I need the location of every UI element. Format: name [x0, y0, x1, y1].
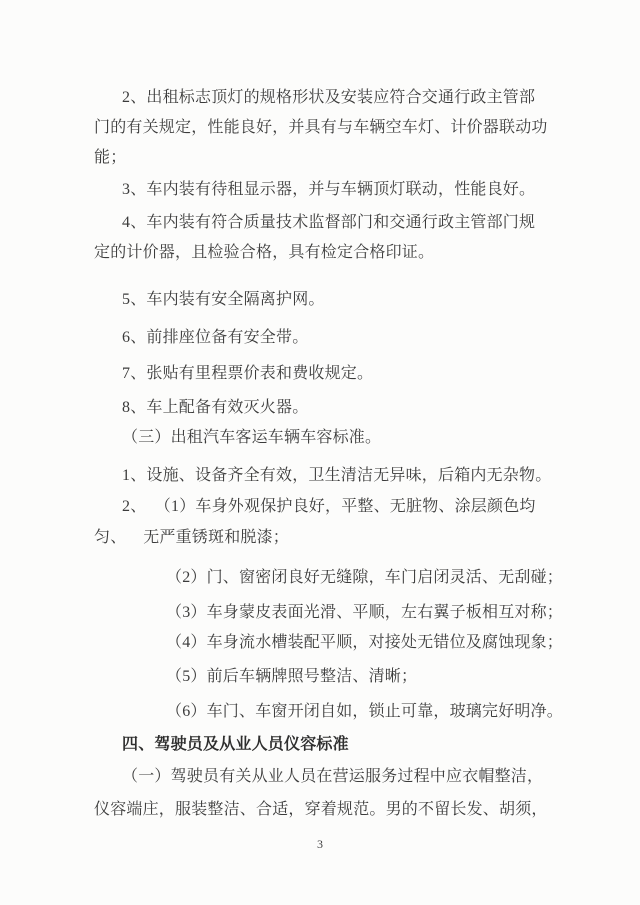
section-heading: 四、驾驶员及从业人员仪容标准 [94, 730, 564, 760]
document-line: （5）前后车辆牌照号整洁、清晰； [94, 662, 564, 692]
document-line: 2、 （1）车身外观保护良好，平整、无脏物、涂层颜色均 [94, 492, 564, 522]
document-page: 2、出租标志顶灯的规格形状及安装应符合交通行政主管部门的有关规定，性能良好，并具… [0, 0, 640, 905]
document-line: 5、车内装有安全隔离护网。 [94, 285, 564, 315]
document-line: （2）门、窗密闭良好无缝隙，车门启闭灵活、无刮碰； [94, 563, 564, 593]
document-line: 2、出租标志顶灯的规格形状及安装应符合交通行政主管部 [94, 83, 564, 113]
document-line: 定的计价器，且检验合格，具有检定合格印证。 [94, 238, 564, 268]
page-number: 3 [0, 836, 640, 852]
document-line: 门的有关规定，性能良好，并具有与车辆空车灯、计价器联动功 [94, 113, 564, 143]
document-line: 4、车内装有符合质量技术监督部门和交通行政主管部门规 [94, 208, 564, 238]
document-line: 3、车内装有待租显示器，并与车辆顶灯联动，性能良好。 [94, 175, 564, 205]
document-line: （3）车身蒙皮表面光滑、平顺，左右翼子板相互对称； [94, 598, 564, 628]
document-line: 7、张贴有里程票价表和费收规定。 [94, 359, 564, 389]
document-line: 匀、 无严重锈斑和脱漆； [94, 523, 564, 553]
document-line: （一）驾驶员有关从业人员在营运服务过程中应衣帽整洁， [94, 762, 564, 792]
document-line: 1、设施、设备齐全有效，卫生清洁无异味，后箱内无杂物。 [94, 461, 564, 491]
document-line: 8、车上配备有效灭火器。 [94, 393, 564, 423]
document-line: 仪容端庄，服装整洁、合适，穿着规范。男的不留长发、胡须， [94, 795, 564, 825]
document-line: （4）车身流水槽装配平顺，对接处无错位及腐蚀现象； [94, 628, 564, 658]
document-line: 6、前排座位备有安全带。 [94, 323, 564, 353]
document-body: 2、出租标志顶灯的规格形状及安装应符合交通行政主管部门的有关规定，性能良好，并具… [94, 83, 564, 825]
document-line: 能； [94, 143, 564, 173]
document-line: （三）出租汽车客运车辆车容标准。 [94, 423, 564, 453]
document-line: （6）车门、车窗开闭自如，锁止可靠，玻璃完好明净。 [94, 697, 564, 727]
